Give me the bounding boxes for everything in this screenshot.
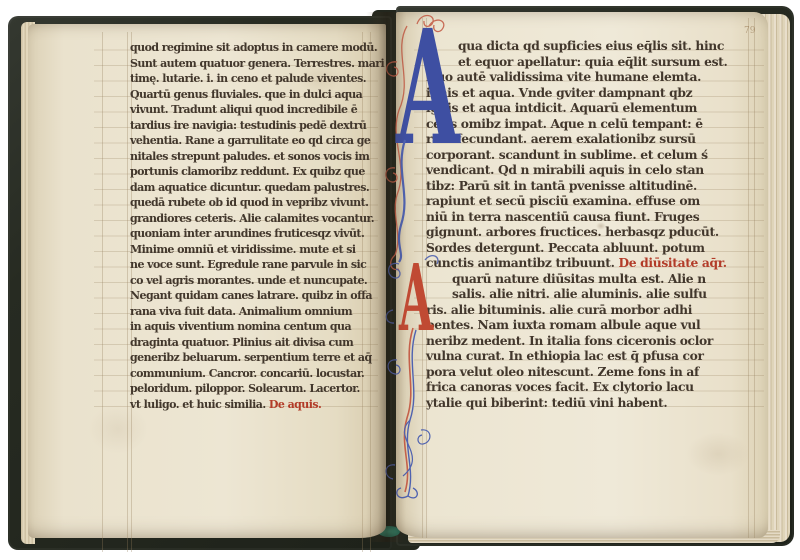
body-text: rana viva fuit data. Animalium omnium <box>130 305 352 318</box>
manuscript-line: ris. alie bituminis. alie curā morbor ad… <box>426 302 727 318</box>
manuscript-line: qua dicta qd supficies eius eq̄lis sit. … <box>426 38 727 54</box>
body-text: quedā rubete ob id quod in vepribz vivun… <box>130 196 368 209</box>
body-text: dam aquatice dicuntur. quedam palustres. <box>130 181 369 194</box>
manuscript-photo: quod regimine sit adoptus in camere modū… <box>0 0 800 560</box>
body-text: ris. alie bituminis. alie curā morbor ad… <box>426 302 692 317</box>
manuscript-line: Quartū genus fluviales. que in dulci aqu… <box>130 87 384 103</box>
body-text: Duo autē validissima vite humane elemta. <box>426 69 701 84</box>
body-text: gignunt. arbores fructices. herbasqz pdu… <box>426 224 719 239</box>
margin-rule <box>748 18 749 538</box>
body-text: Sordes detergunt. Peccata abluunt. potum <box>426 240 705 255</box>
body-text: ram fecundant. aerem exalationibz sursū <box>426 131 696 146</box>
body-text: Quartū genus fluviales. que in dulci aqu… <box>130 88 362 101</box>
body-text: quarū nature diūsitas multa est. Alie n <box>452 271 706 286</box>
manuscript-line: bentes. Nam iuxta romam albule aque vul <box>426 317 727 333</box>
manuscript-line: grandiores ceteris. Alie calamites vocan… <box>130 211 384 227</box>
manuscript-line: frica canoras voces facit. Ex clytorio l… <box>426 379 727 395</box>
rubric-text: De diūsitate aq̄r. <box>618 255 726 270</box>
margin-rule <box>102 32 103 552</box>
manuscript-line: generibz beluarum. serpentium terre et a… <box>130 350 384 366</box>
body-text: vehentia. Rane a garrulitate eo qd circa… <box>130 134 370 147</box>
manuscript-line: Minime omniū et viridissime. mute et si <box>130 242 384 258</box>
manuscript-line: Sordes detergunt. Peccata abluunt. potum <box>426 240 727 256</box>
manuscript-line: Negant quidam canes latrare. quibz in of… <box>130 288 384 304</box>
folio-number: 79 <box>744 26 755 36</box>
body-text: generibz beluarum. serpentium terre et a… <box>130 351 372 364</box>
body-text: vivunt. Tradunt aliqui quod incredibile … <box>130 103 357 116</box>
body-text: cunctis animantibz tribuunt. <box>426 255 618 270</box>
margin-rule <box>754 18 755 538</box>
body-text: qua dicta qd supficies eius eq̄lis sit. … <box>458 38 724 53</box>
manuscript-line: communium. Cancror. concariū. locustar. <box>130 366 384 382</box>
body-text: ytalie qui biberint: tediū vini habent. <box>426 395 667 410</box>
body-text: nitales strepunt paludes. et sonos vocis… <box>130 150 369 163</box>
parchment-stain <box>686 432 750 476</box>
manuscript-line: ram fecundant. aerem exalationibz sursū <box>426 131 727 147</box>
manuscript-line: co vel agris morantes. unde et nuncupate… <box>130 273 384 289</box>
rubric-text: De aquis. <box>269 398 321 411</box>
body-text: rapiunt et secū pisciū examina. effuse o… <box>426 193 700 208</box>
left-page: quod regimine sit adoptus in camere modū… <box>28 24 386 538</box>
body-text: tibz: Parū sit in tantā pvenisse altitud… <box>426 178 697 193</box>
manuscript-line: corporant. scandunt in sublime. et celum… <box>426 147 727 163</box>
manuscript-line: vendicant. Qd n mirabili aquis in celo s… <box>426 162 727 178</box>
manuscript-line: portunis clamoribz reddunt. Ex quibz que <box>130 164 384 180</box>
manuscript-line: quod regimine sit adoptus in camere modū… <box>130 40 384 56</box>
manuscript-line: salis. alie nitri. alie aluminis. alie s… <box>426 286 727 302</box>
body-text: tardius ire navigia: testudinis pedē dex… <box>130 119 366 132</box>
manuscript-line: ignis et aqua intdicit. Aquarū elementum <box>426 100 727 116</box>
body-text: vulna curat. In ethiopia lac est q̄ pfus… <box>426 348 704 363</box>
manuscript-line: tibz: Parū sit in tantā pvenisse altitud… <box>426 178 727 194</box>
body-text: vendicant. Qd n mirabili aquis in celo s… <box>426 162 704 177</box>
manuscript-line: vivunt. Tradunt aliqui quod incredibile … <box>130 102 384 118</box>
body-text: Negant quidam canes latrare. quibz in of… <box>130 289 372 302</box>
manuscript-line: dam aquatice dicuntur. quedam palustres. <box>130 180 384 196</box>
manuscript-line: quoniam inter arundines fruticesqz vivūt… <box>130 226 384 242</box>
margin-rule <box>127 32 128 552</box>
manuscript-line: Sunt autem quatuor genera. Terrestres. m… <box>130 56 384 72</box>
manuscript-line: in aquis viventium nomina centum qua <box>130 319 384 335</box>
manuscript-line: cetis omibz impat. Aque n celū tempant: … <box>426 116 727 132</box>
body-text: grandiores ceteris. Alie calamites vocan… <box>130 212 374 225</box>
manuscript-line: et equor apellatur: quia eq̄lit sursum e… <box>426 54 727 70</box>
manuscript-line: pora velut oleo nitescunt. Zeme fons in … <box>426 364 727 380</box>
manuscript-line: vulna curat. In ethiopia lac est q̄ pfus… <box>426 348 727 364</box>
body-text: neribz medent. In italia fons ciceronis … <box>426 333 713 348</box>
manuscript-line: peloridum. piloppor. Solearum. Lacertor. <box>130 381 384 397</box>
body-text: Minime omniū et viridissime. mute et si <box>130 243 356 256</box>
manuscript-line: ignis et aqua. Vnde gviter dampnant qbz <box>426 85 727 101</box>
manuscript-line: ne voce sunt. Egredule rane parvule in s… <box>130 257 384 273</box>
manuscript-line: cunctis animantibz tribuunt. De diūsitat… <box>426 255 727 271</box>
margin-rule <box>422 18 423 538</box>
body-text: draginta quatuor. Plinius ait divisa cum <box>130 336 353 349</box>
body-text: vt luligo. et huic similia. <box>130 398 269 411</box>
body-text: co vel agris morantes. unde et nuncupate… <box>130 274 367 287</box>
body-text: frica canoras voces facit. Ex clytorio l… <box>426 379 694 394</box>
body-text: quod regimine sit adoptus in camere modū… <box>130 41 377 54</box>
manuscript-line: neribz medent. In italia fons ciceronis … <box>426 333 727 349</box>
body-text: salis. alie nitri. alie aluminis. alie s… <box>452 286 707 301</box>
left-text-block: quod regimine sit adoptus in camere modū… <box>130 40 384 412</box>
right-text-block: qua dicta qd supficies eius eq̄lis sit. … <box>426 38 727 410</box>
manuscript-line: tardius ire navigia: testudinis pedē dex… <box>130 118 384 134</box>
body-text: portunis clamoribz reddunt. Ex quibz que <box>130 165 365 178</box>
body-text: peloridum. piloppor. Solearum. Lacertor. <box>130 382 360 395</box>
manuscript-line: nitales strepunt paludes. et sonos vocis… <box>130 149 384 165</box>
manuscript-line: ytalie qui biberint: tediū vini habent. <box>426 395 727 411</box>
manuscript-line: draginta quatuor. Plinius ait divisa cum <box>130 335 384 351</box>
body-text: Sunt autem quatuor genera. Terrestres. m… <box>130 57 384 70</box>
right-page: 79 qua dicta qd supficies eius eq̄lis si… <box>396 12 768 538</box>
body-text: in aquis viventium nomina centum qua <box>130 320 351 333</box>
body-text: bentes. Nam iuxta romam albule aque vul <box>426 317 700 332</box>
manuscript-line: rapiunt et secū pisciū examina. effuse o… <box>426 193 727 209</box>
body-text: niū in terra nascentiū causa fiunt. Frug… <box>426 209 699 224</box>
manuscript-line: quarū nature diūsitas multa est. Alie n <box>426 271 727 287</box>
manuscript-line: vt luligo. et huic similia. De aquis. <box>130 397 384 413</box>
body-text: ne voce sunt. Egredule rane parvule in s… <box>130 258 366 271</box>
body-text: ignis et aqua intdicit. Aquarū elementum <box>426 100 697 115</box>
body-text: corporant. scandunt in sublime. et celum… <box>426 147 708 162</box>
manuscript-line: quedā rubete ob id quod in vepribz vivun… <box>130 195 384 211</box>
body-text: timę. lutarie. i. in ceno et palude vive… <box>130 72 366 85</box>
body-text: et equor apellatur: quia eq̄lit sursum e… <box>458 54 727 69</box>
manuscript-line: niū in terra nascentiū causa fiunt. Frug… <box>426 209 727 225</box>
body-text: quoniam inter arundines fruticesqz vivūt… <box>130 227 364 240</box>
body-text: cetis omibz impat. Aque n celū tempant: … <box>426 116 703 131</box>
body-text: communium. Cancror. concariū. locustar. <box>130 367 364 380</box>
manuscript-line: rana viva fuit data. Animalium omnium <box>130 304 384 320</box>
manuscript-line: Duo autē validissima vite humane elemta. <box>426 69 727 85</box>
body-text: pora velut oleo nitescunt. Zeme fons in … <box>426 364 699 379</box>
manuscript-line: vehentia. Rane a garrulitate eo qd circa… <box>130 133 384 149</box>
manuscript-line: gignunt. arbores fructices. herbasqz pdu… <box>426 224 727 240</box>
manuscript-line: timę. lutarie. i. in ceno et palude vive… <box>130 71 384 87</box>
body-text: ignis et aqua. Vnde gviter dampnant qbz <box>426 85 692 100</box>
